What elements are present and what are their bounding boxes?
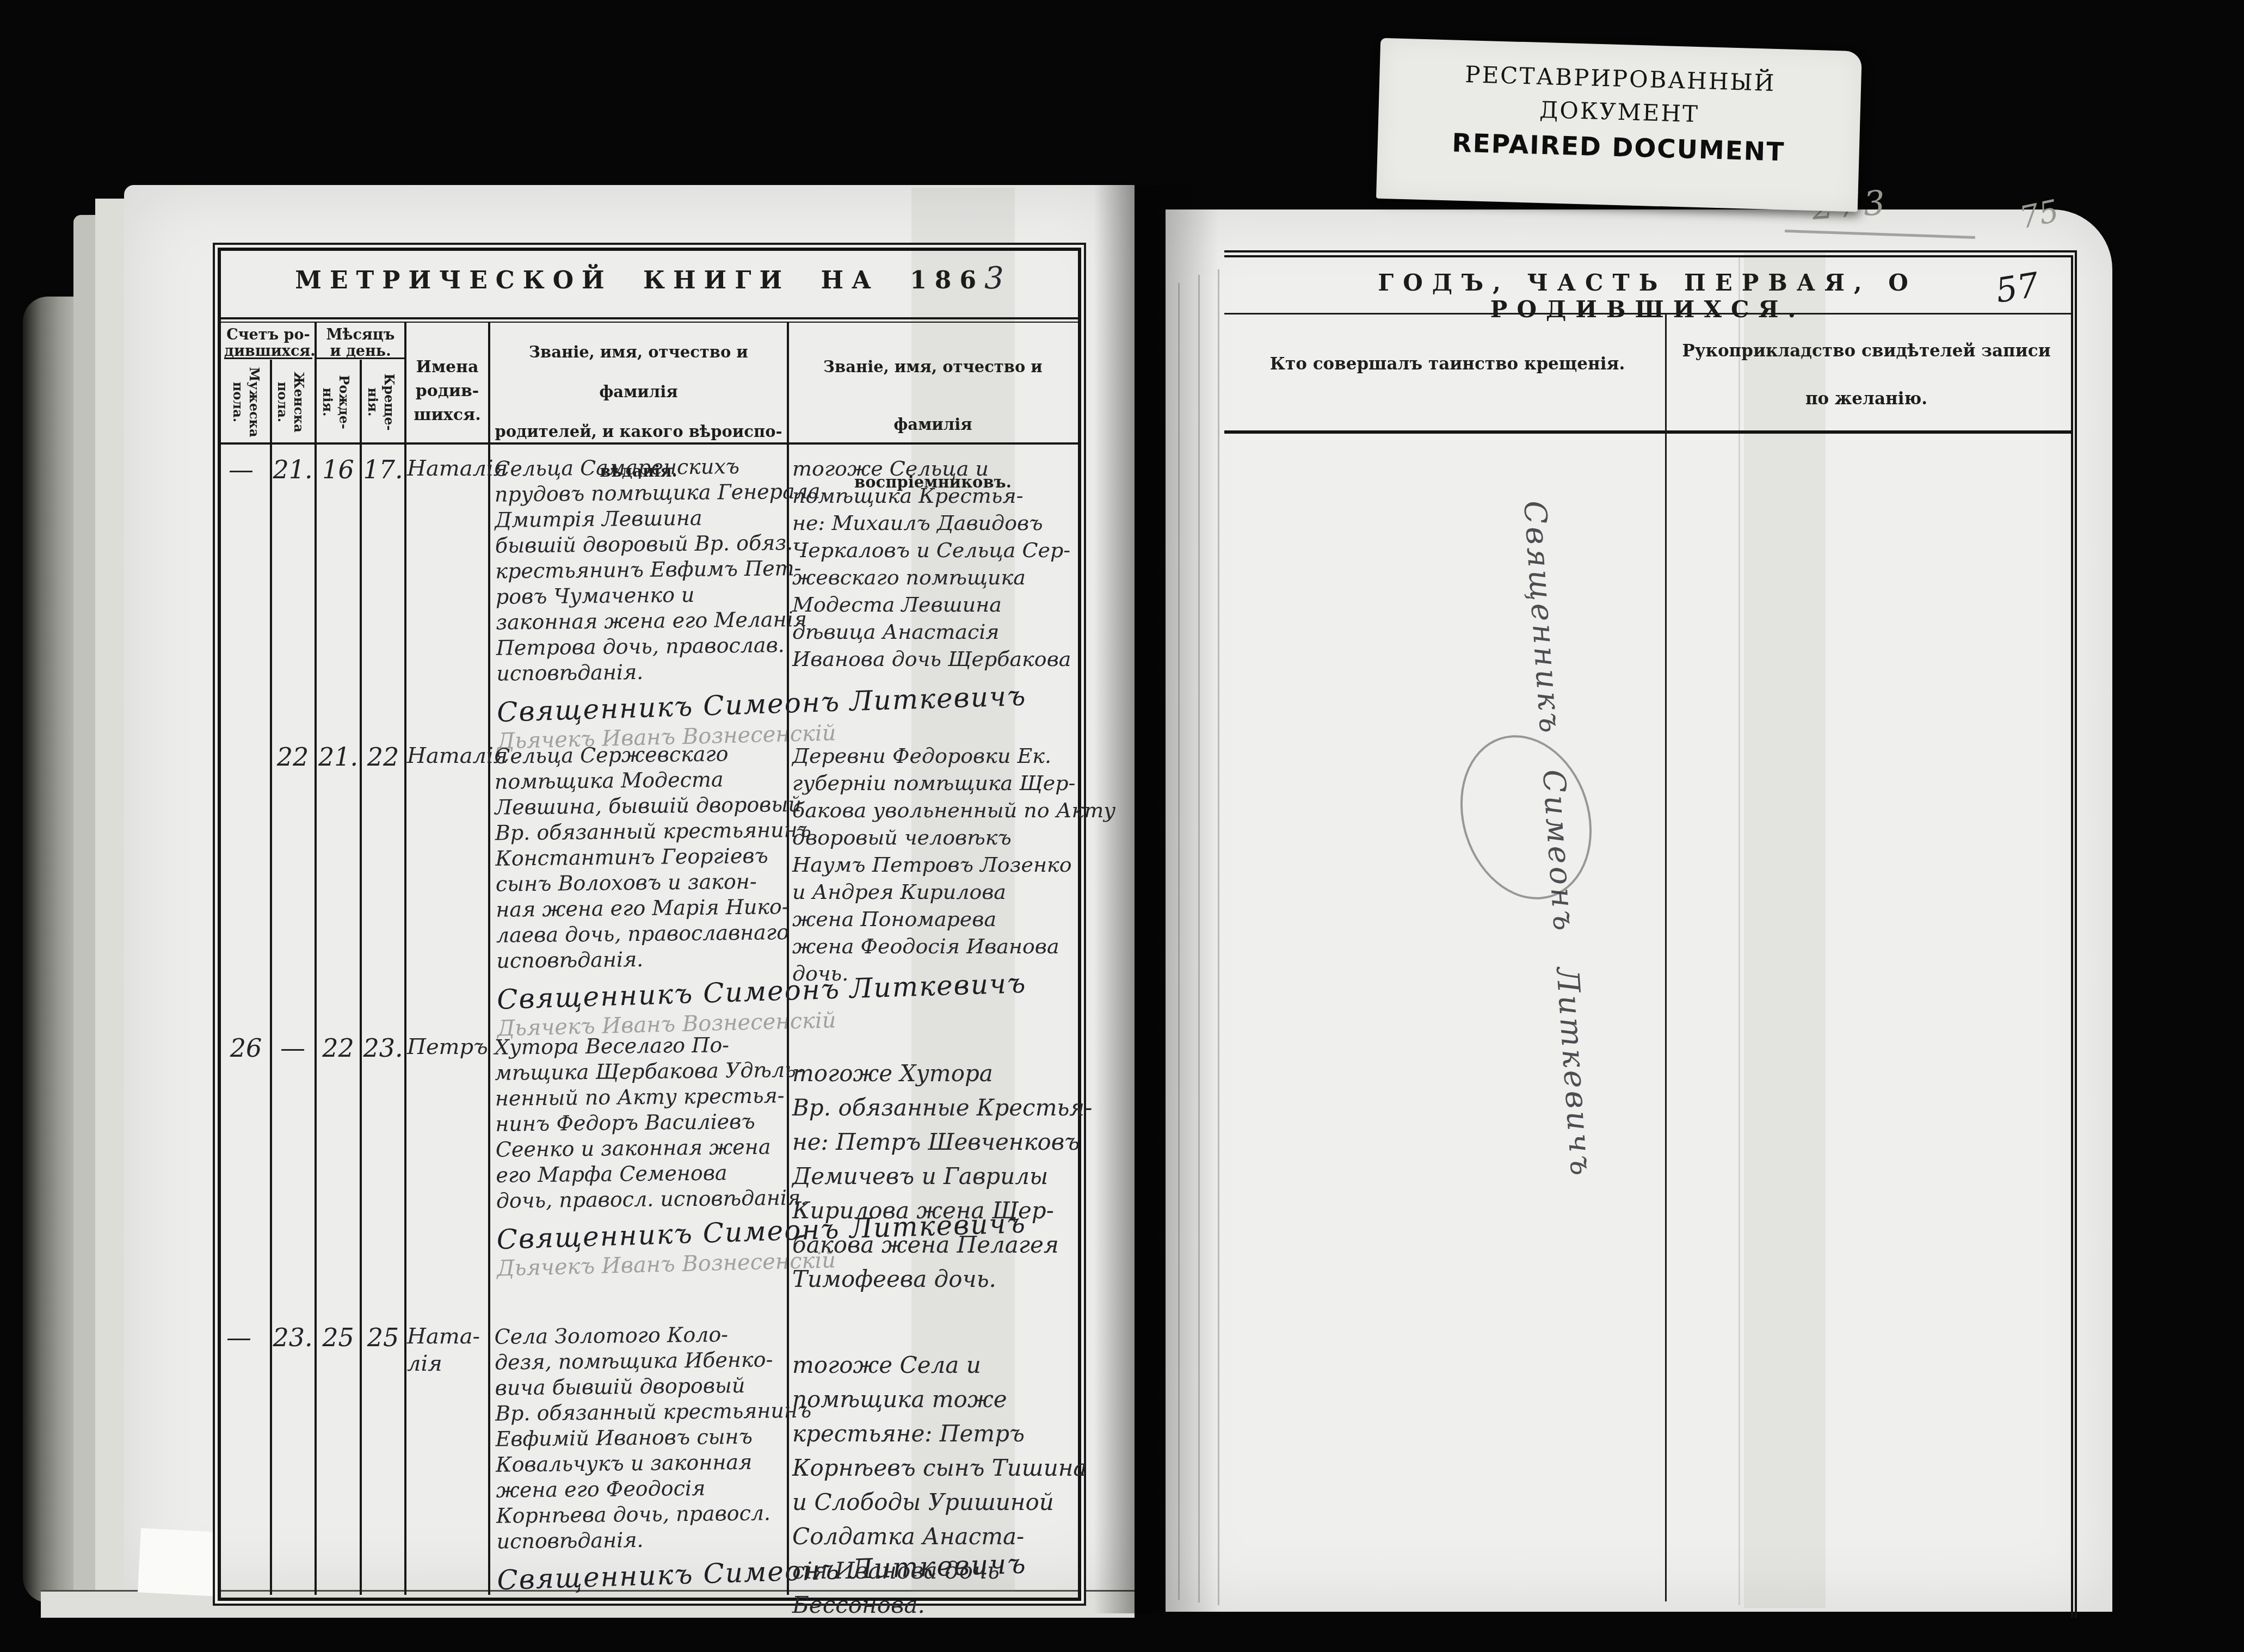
birth-day: 16	[317, 455, 360, 484]
header-witnesses: Рукоприкладство свидѣтелей записипо жела…	[1676, 327, 2057, 423]
text-line: Евфимій Ивановъ сынъ	[495, 1423, 784, 1452]
text-line: Вр. обязанный крестьянинъ	[495, 817, 784, 846]
text-line: не: Михаилъ Давидовъ	[792, 509, 1075, 537]
header-male-sex: Мужеска пола.	[230, 356, 262, 448]
text-line: Бессонова.	[792, 1588, 1075, 1622]
godparents-record: тогоже Села ипомѣщика тожекрестьяне: Пет…	[792, 1348, 1075, 1622]
right-page-title: ГОДЪ, ЧАСТЬ ПЕРВАЯ, О РОДИВШИХСЯ.	[1224, 269, 2071, 323]
female-count: 23.	[271, 1323, 315, 1352]
header-names-of-born: Именародив-шихся.	[405, 355, 489, 427]
text-line: Наталія	[407, 742, 489, 769]
column-rule	[1665, 313, 1667, 1601]
text-line: дезя, помѣщика Ибенко-	[495, 1347, 783, 1376]
text-line: по желанію.	[1676, 375, 2057, 423]
text-line: законная жена его Меланія	[496, 607, 784, 636]
text-line: ненный по Акту крестья-	[495, 1083, 784, 1112]
text-line: Кирилова жена Щер-	[792, 1193, 1075, 1228]
birth-day: 25	[317, 1323, 360, 1352]
text-line: Имена	[405, 355, 489, 379]
text-line: бывшій дворовый Вр. обяз.	[495, 530, 784, 559]
text-line: дворовый человѣкъ	[792, 824, 1075, 851]
text-line: сынъ Волоховъ и закон-	[496, 868, 784, 897]
text-line: помѣщика Крестья-	[792, 482, 1075, 509]
text-line: Наталія	[407, 455, 489, 482]
card-text-russian-1: РЕСТАВРИРОВАННЫЙ	[1379, 59, 1861, 99]
title-rule	[1224, 313, 2071, 315]
baptism-day: 23.	[362, 1033, 404, 1063]
text-line: жена его Феодосія	[496, 1475, 784, 1503]
text-line: тогоже Сельца и	[792, 455, 1075, 482]
text-line: мѣщика Щербакова Удѣль-	[495, 1057, 783, 1086]
baptism-day: 17.	[362, 455, 404, 484]
baptism-day: 22	[362, 742, 404, 772]
ink-page-number: 57	[1993, 264, 2042, 310]
male-count: —	[224, 1323, 270, 1352]
text-line: исповѣданія.	[496, 945, 785, 974]
title-printed: МЕТРИЧЕСКОЙ КНИГИ НА 186	[295, 267, 984, 294]
text-line: Корнѣевъ сынъ Тишина	[792, 1451, 1075, 1485]
text-line: бакова увольненный по Акту	[792, 797, 1075, 824]
child-name: Петръ	[407, 1033, 489, 1061]
parents-record: Хутора Веселаго По-мѣщика Щербакова Удѣл…	[495, 1032, 786, 1280]
godparents-record: тогоже ХутораВр. обязанные Крестья-не: П…	[792, 1056, 1075, 1296]
text-line: жена Феодосія Иванова	[792, 933, 1075, 960]
parents-record: Сельца Сержевскагопомѣщика МодестаЛевшин…	[494, 741, 786, 1040]
text-line: Наумъ Петровъ Лозенко	[792, 851, 1075, 878]
text-line: дѣвица Анастасія	[792, 618, 1075, 645]
sheet-edge-line	[1218, 269, 1219, 1605]
header-month-day: Мѣсяцъ и день.	[316, 327, 405, 360]
text-line: губерніи помѣщика Щер-	[792, 769, 1075, 797]
godparents-record: Деревни Федоровки Ек.губерніи помѣщика Щ…	[792, 742, 1075, 987]
scanned-metric-book-spread: МЕТРИЧЕСКОЙ КНИГИ НА 1863 Счетъ ро- дивш…	[0, 0, 2244, 1652]
text-line: жена Пономарева	[792, 905, 1075, 933]
column-rule	[488, 322, 490, 1595]
text-line: тогоже Хутора	[792, 1056, 1075, 1090]
text-line: лія	[407, 1350, 489, 1377]
text-line: Званіе, имя, отчество и фамилія	[791, 338, 1075, 453]
paper-corner-fragment	[138, 1528, 220, 1596]
text-line: Сеенко и законная жена	[496, 1134, 784, 1163]
text-line: Корнѣева дочь, правосл.	[496, 1500, 785, 1529]
text-line: Петръ	[407, 1033, 489, 1061]
text-line: родив-	[405, 379, 489, 403]
text-line: Тимофеева дочь.	[792, 1262, 1075, 1296]
header-baptism-date: Креще- нія.	[365, 356, 397, 448]
text-line: Вр. обязанные Крестья-	[792, 1090, 1075, 1125]
text-line: Черкаловъ и Сельца Сер-	[792, 537, 1075, 564]
male-count: 26	[224, 1033, 268, 1063]
title-rule-thin	[221, 322, 1078, 323]
text-line: Иванова дочь Щербакова	[792, 645, 1075, 673]
female-count: —	[271, 1033, 315, 1063]
text-line: ровъ Чумаченко и	[496, 581, 784, 610]
text-line: шихся.	[405, 403, 489, 427]
text-line: Петрова дочь, православ.	[496, 632, 785, 661]
column-rule	[360, 360, 362, 1595]
title-rule	[221, 317, 1078, 319]
card-text-russian-2: ДОКУМЕНТ	[1378, 92, 1860, 132]
text-line: его Марфа Семенова	[496, 1160, 784, 1188]
text-line: Солдатка Анаста-	[792, 1519, 1075, 1554]
text-line: вича бывшій дворовый	[495, 1372, 783, 1401]
text-line: не: Петръ Шевченковъ	[792, 1125, 1075, 1159]
card-text-english: REPAIRED DOCUMENT	[1377, 126, 1859, 170]
text-line: дочь, правосл. исповѣданія.	[496, 1185, 785, 1214]
text-line: бакова жена Пелагея	[792, 1228, 1075, 1262]
header-birth-count: Счетъ ро- дившихся.	[224, 327, 312, 360]
parents-text: Хутора Веселаго По-мѣщика Щербакова Удѣл…	[495, 1032, 785, 1214]
female-count: 21.	[271, 455, 315, 484]
header-female-sex: Женска пола.	[274, 356, 307, 448]
text-line: Вр. обязанный крестьянинъ	[495, 1398, 784, 1427]
text-line: жевскаго помѣщика	[792, 564, 1075, 591]
baptism-day: 25	[362, 1323, 404, 1352]
text-line: сія Иванова дочь	[792, 1554, 1075, 1588]
text-line: крестьяне: Петръ	[792, 1416, 1075, 1451]
child-name: Наталія	[407, 742, 489, 769]
text-line: и Слободы Уришиной	[792, 1485, 1075, 1519]
text-line: Дмитрія Левшина	[495, 504, 783, 533]
text-line: и Андрея Кирилова	[792, 878, 1075, 905]
text-line: исповѣданія.	[496, 658, 785, 687]
text-line: Ковальчукъ и законная	[496, 1449, 784, 1478]
text-line: Села Золотого Коло-	[494, 1321, 782, 1350]
text-line: Сельца Сержевскаго	[494, 741, 782, 769]
text-line: Ната-	[407, 1323, 489, 1350]
parents-text: Села Золотого Коло-дезя, помѣщика Ибенко…	[494, 1321, 785, 1555]
parents-text: Сельца Сержевскагопомѣщика МодестаЛевшин…	[494, 741, 785, 974]
priest-signature: Священникъ Симеонъ Литкевичъ	[496, 1555, 786, 1597]
title-year-handwritten: 3	[984, 261, 1004, 296]
text-line: помѣщика Модеста	[495, 766, 783, 795]
text-line: Демичевъ и Гаврилы	[792, 1159, 1075, 1193]
text-line: крестьянинъ Евфимъ Пет-	[495, 556, 784, 584]
metric-book-table: МЕТРИЧЕСКОЙ КНИГИ НА 1863 Счетъ ро- дивш…	[218, 248, 1081, 1601]
metric-book-title: МЕТРИЧЕСКОЙ КНИГИ НА 1863	[221, 261, 1078, 296]
birth-day: 21.	[317, 742, 360, 772]
child-name: Ната-лія	[407, 1323, 489, 1377]
right-page-table: ГОДЪ, ЧАСТЬ ПЕРВАЯ, О РОДИВШИХСЯ. Кто со…	[1224, 250, 2077, 1618]
header-bottom-rule	[1224, 430, 2071, 434]
text-line: родителей, и какого вѣроиспо-	[493, 412, 784, 452]
page-gutter-shadow	[1094, 185, 1219, 1613]
godparents-record: тогоже Сельца ипомѣщика Крестья-не: Миха…	[792, 455, 1075, 673]
header-birth-date: Рожде- нія.	[319, 356, 352, 448]
header-bottom-rule	[221, 442, 1078, 445]
column-rule	[315, 322, 317, 1595]
book-binding-edge	[23, 297, 75, 1602]
sheet-edge-line	[1198, 275, 1200, 1602]
child-name: Наталія	[407, 455, 489, 482]
text-line: Рукоприкладство свидѣтелей записи	[1676, 327, 2057, 375]
parents-record: Села Золотого Коло-дезя, помѣщика Ибенко…	[494, 1321, 785, 1594]
text-line: ная жена его Марія Нико-	[496, 894, 784, 923]
text-line: нинъ Федоръ Василіевъ	[495, 1108, 784, 1137]
column-rule	[404, 322, 406, 1595]
text-line: Званіе, имя, отчество и фамилія	[493, 332, 784, 412]
text-line: лаева дочь, православнаго	[496, 920, 785, 948]
text-line: тогоже Села и	[792, 1348, 1075, 1382]
text-line: Сельца Самаренскихъ	[494, 453, 782, 482]
male-count: —	[224, 455, 272, 484]
repaired-document-card: РЕСТАВРИРОВАННЫЙ ДОКУМЕНТ REPAIRED DOCUM…	[1376, 38, 1862, 212]
sheet-edge-line	[1178, 283, 1180, 1600]
text-line: исповѣданія.	[496, 1526, 785, 1555]
parents-record: Сельца Самаренскихъпрудовъ помѣщика Гене…	[494, 453, 786, 753]
text-line: прудовъ помѣщика Генерала	[495, 479, 783, 508]
text-line: Модеста Левшина	[792, 591, 1075, 618]
header-officiant: Кто совершалъ таинство крещенія.	[1246, 354, 1649, 374]
female-count: 22	[271, 742, 315, 772]
text-line: Деревни Федоровки Ек.	[792, 742, 1075, 769]
column-rule	[270, 360, 272, 1595]
parents-text: Сельца Самаренскихъпрудовъ помѣщика Гене…	[494, 453, 785, 687]
text-line: дочь.	[792, 960, 1075, 987]
text-line: помѣщика тоже	[792, 1382, 1075, 1416]
text-line: Левшина, бывшій дворовый	[495, 792, 783, 821]
birth-day: 22	[317, 1033, 360, 1063]
text-line: Хутора Веселаго По-	[495, 1032, 783, 1061]
text-line: Константинъ Георгіевъ	[495, 843, 784, 872]
